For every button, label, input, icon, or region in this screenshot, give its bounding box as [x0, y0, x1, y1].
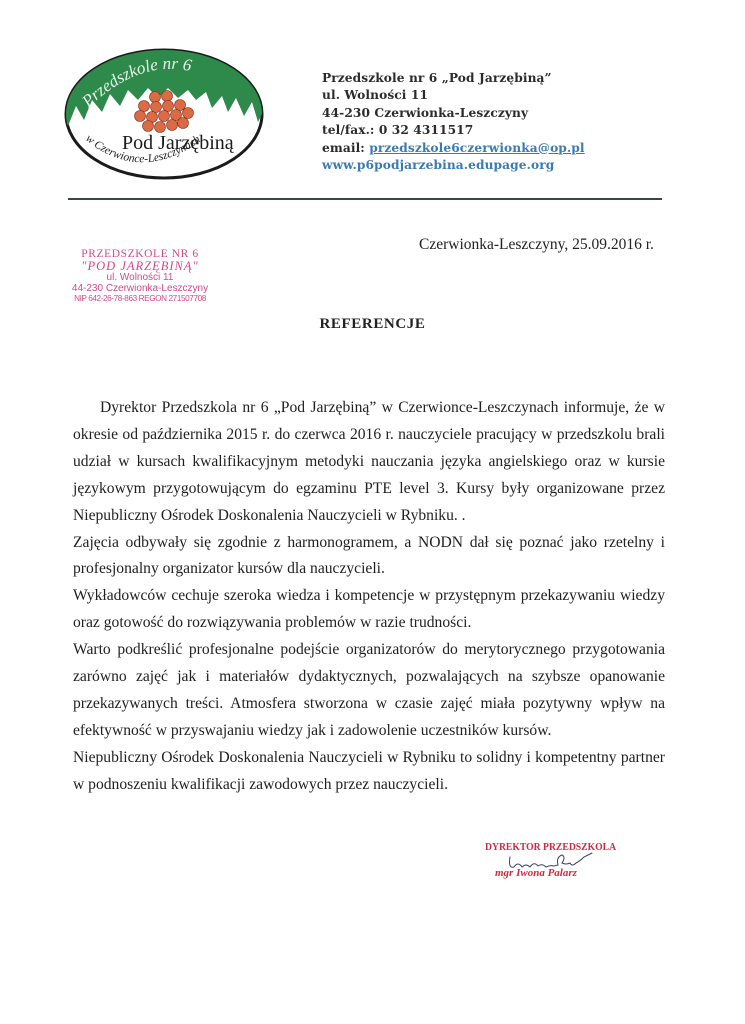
stamp-line-5: NIP 642-26-78-863 REGON 271507708 — [40, 294, 240, 304]
document-body: Dyrektor Przedszkola nr 6 „Pod Jarzębiną… — [73, 395, 665, 799]
stamp-line-3: ul. Wolności 11 — [40, 273, 240, 284]
paragraph: Niepubliczny Ośrodek Doskonalenia Nauczy… — [73, 745, 665, 799]
stamp-line-4: 44-230 Czerwionka-Leszczyny — [40, 284, 240, 295]
email-label: email: — [322, 141, 365, 155]
phone-label: tel/fax.: — [322, 123, 375, 137]
paragraph: Warto podkreślić profesjonalne podejście… — [73, 637, 665, 745]
institution-stamp: PRZEDSZKOLE NR 6 "POD JARZĘBINĄ" ul. Wol… — [40, 248, 240, 304]
email-link[interactable]: przedszkole6czerwionka@op.pl — [369, 141, 584, 155]
kindergarten-logo: Przedszkole nr 6 Pod Jarzębiną w Czerwio… — [62, 42, 267, 182]
header-divider — [68, 198, 662, 200]
email-line: email: przedszkole6czerwionka@op.pl — [322, 140, 585, 157]
paragraph: Wykładowców cechuje szeroka wiedza i kom… — [73, 583, 665, 637]
website-link[interactable]: www.p6podjarzebina.edupage.org — [322, 157, 585, 174]
paragraph: Zajęcia odbywały się zgodnie z harmonogr… — [73, 530, 665, 584]
phone-line: tel/fax.: 0 32 4311517 — [322, 122, 585, 139]
document-title: REFERENCJE — [0, 316, 745, 333]
street-address: ul. Wolności 11 — [322, 87, 585, 104]
paragraph: Dyrektor Przedszkola nr 6 „Pod Jarzębiną… — [73, 395, 665, 530]
phone-number: 0 32 4311517 — [379, 123, 474, 137]
city-address: 44-230 Czerwionka-Leszczyny — [322, 105, 585, 122]
handwritten-signature-icon — [506, 851, 596, 879]
place-and-date: Czerwionka-Leszczyny, 25.09.2016 r. — [419, 236, 654, 254]
header-contact-block: Przedszkole nr 6 „Pod Jarzębiną” ul. Wol… — [322, 70, 585, 174]
institution-name: Przedszkole nr 6 „Pod Jarzębiną” — [322, 70, 585, 87]
